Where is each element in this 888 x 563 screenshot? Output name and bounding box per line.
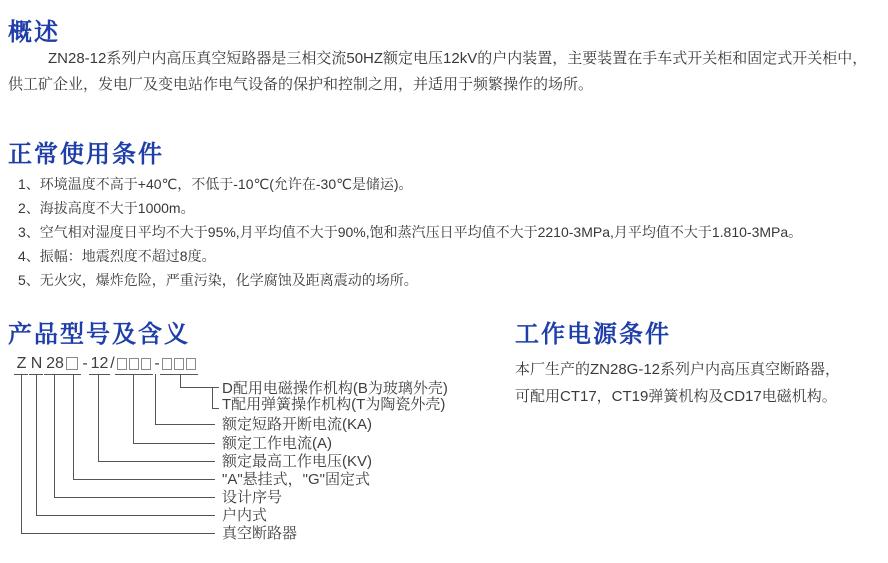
usage-condition-item: 3、空气相对湿度日平均不大于95%,月平均值不大于90%,饱和蒸汽压日平均值不大… [18, 220, 883, 244]
code-underline [160, 374, 198, 375]
power-paragraph: 本厂生产的ZN28G-12系列户内高压真空断路器， 可配用CT17，CT19弹簧… [515, 356, 885, 410]
usage-condition-item: 1、环境温度不高于+40℃，不低于-10℃(允许在-30℃是储运)。 [18, 172, 883, 196]
code-design-number: 28 [45, 355, 65, 373]
code-slash: / [109, 355, 116, 373]
tree-label-indoor: 户内式 [222, 507, 267, 525]
tree-line [54, 497, 215, 498]
tree-label-breaking-current: 额定短路开断电流(KA) [222, 416, 372, 434]
code-placeholder-box [141, 358, 151, 370]
model-section-title: 产品型号及含义 [8, 314, 190, 349]
document-page: 概述 ZN28-12系列户内高压真空短路器是三相交流50HZ额定电压12kV的户… [0, 0, 888, 563]
tree-line [155, 374, 156, 424]
tree-line [155, 424, 215, 425]
overview-paragraph: ZN28-12系列户内高压真空短路器是三相交流50HZ额定电压12kV的户内装置… [8, 46, 876, 98]
tree-line [36, 515, 215, 516]
tree-line [21, 374, 22, 533]
tree-label-design-serial: 设计序号 [222, 489, 282, 507]
code-placeholder-box [66, 357, 78, 370]
code-placeholder-box [174, 358, 184, 370]
power-paragraph-line: 本厂生产的ZN28G-12系列户内高压真空断路器， [515, 356, 885, 383]
tree-line [54, 374, 55, 497]
tree-line [73, 374, 74, 479]
code-placeholder-box [186, 358, 196, 370]
bracket-line [212, 387, 213, 409]
code-underline [89, 374, 110, 375]
code-underline [115, 374, 153, 375]
usage-condition-item: 4、振幅：地震烈度不超过8度。 [18, 244, 883, 268]
tree-line [180, 387, 212, 388]
tree-line [98, 374, 99, 461]
tree-line [180, 374, 181, 388]
model-designation-diagram: Z N 28 - 12 / - [10, 355, 510, 555]
tree-line [98, 461, 215, 462]
tree-label-breaker: 真空断路器 [222, 525, 297, 543]
code-separator: - [80, 355, 90, 373]
code-placeholder-box [162, 358, 172, 370]
tree-label-t-mechanism: T配用弹簧操作机构(T为陶瓷外壳) [222, 396, 445, 414]
code-separator: - [153, 355, 161, 373]
tree-line [133, 443, 215, 444]
tree-line [133, 374, 134, 443]
code-placeholder-box [117, 358, 127, 370]
bracket-line [212, 408, 219, 409]
power-paragraph-line: 可配用CT17，CT19弹簧机构及CD17电磁机构。 [515, 383, 885, 410]
tree-label-working-current: 额定工作电流(A) [222, 435, 332, 453]
code-type-letter: Z [15, 355, 28, 373]
tree-line [21, 533, 215, 534]
tree-line [73, 479, 215, 480]
tree-label-max-voltage: 额定最高工作电压(KV) [222, 453, 372, 471]
code-placeholder-box [129, 358, 139, 370]
code-indoor-letter: N [30, 355, 43, 373]
bracket-line [212, 387, 219, 388]
tree-label-mount-type: "A"悬挂式，"G"固定式 [222, 471, 370, 489]
overview-section-title: 概述 [8, 12, 60, 47]
usage-section-title: 正常使用条件 [8, 134, 164, 169]
usage-condition-item: 5、无火灾，爆炸危险，严重污染，化学腐蚀及距离震动的场所。 [18, 268, 883, 292]
usage-conditions-list: 1、环境温度不高于+40℃，不低于-10℃(允许在-30℃是储运)。 2、海拔高… [18, 172, 883, 292]
usage-condition-item: 2、海拔高度不大于1000m。 [18, 196, 883, 220]
power-section-title: 工作电源条件 [515, 314, 671, 349]
tree-line [36, 374, 37, 515]
code-voltage: 12 [90, 355, 109, 373]
